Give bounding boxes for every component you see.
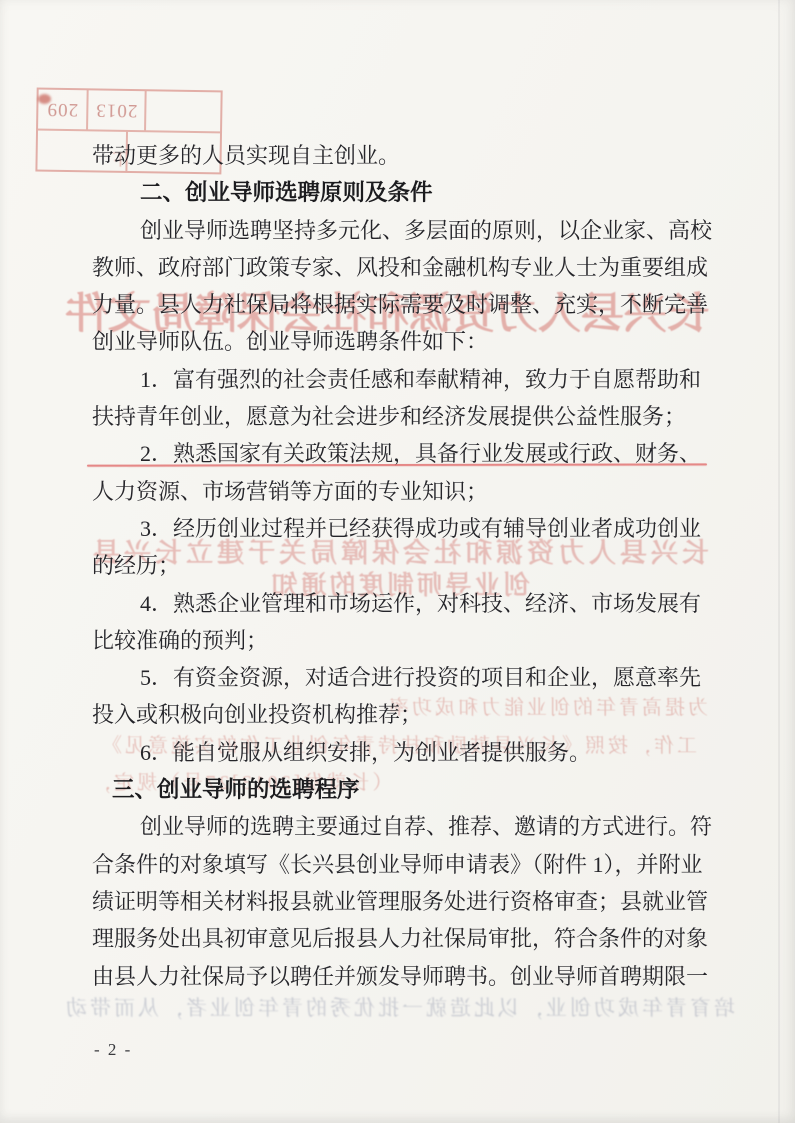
- document-text-block: 带动更多的人员实现自主创业。二、创业导师选聘原则及条件创业导师选聘坚持多元化、多…: [92, 137, 714, 995]
- text-line: 投入或积极向创业投资机构推荐；: [92, 696, 714, 733]
- stamp-ink-blot: [38, 94, 51, 104]
- section-heading: 二、创业导师选聘原则及条件: [92, 174, 714, 211]
- text-line: 力量。县人力社保局将根据实际需要及时调整、充实，不断完善: [92, 286, 714, 323]
- scan-edge-streak: [778, 0, 780, 1123]
- text-line: 合条件的对象填写《长兴县创业导师申请表》（附件 1），并附业: [92, 846, 714, 883]
- text-line: 扶持青年创业，愿意为社会进步和经济发展提供公益性服务；: [92, 398, 714, 435]
- text-line: 由县人力社保局予以聘任并颁发导师聘书。创业导师首聘期限一: [92, 958, 714, 995]
- text-line: 3．经历创业过程并已经获得成功或有辅导创业者成功创业: [92, 510, 714, 547]
- text-line: 创业导师选聘坚持多元化、多层面的原则，以企业家、高校: [92, 212, 714, 249]
- text-line: 人力资源、市场营销等方面的专业知识；: [92, 473, 714, 510]
- stamp-year: 2013: [86, 90, 145, 130]
- section-heading: 三、创业导师的选聘程序: [92, 771, 714, 808]
- text-line: 的经历；: [92, 547, 714, 584]
- text-line: 2．熟悉国家有关政策法规，具备行业发展或行政、财务、: [92, 435, 714, 472]
- stamp-row-numbers: 2013 209: [38, 90, 221, 134]
- text-line: 6．能自觉服从组织安排，为创业者提供服务。: [92, 734, 714, 771]
- bleed-through-footer-line: 培育青年成功创业，以此造就一批优秀的青年创业者，从而带动: [70, 995, 735, 1021]
- text-line: 绩证明等相关材料报县就业管理服务处进行资格审查；县就业管: [92, 883, 714, 920]
- scanned-document-page: 2013 209 上 长兴县人力资源和社会保障局文件 长兴县人力资源和社会保障局…: [0, 0, 795, 1123]
- text-line: 教师、政府部门政策专家、风投和金融机构专业人士为重要组成: [92, 249, 714, 286]
- text-line: 1．富有强烈的社会责任感和奉献精神，致力于自愿帮助和: [92, 361, 714, 398]
- text-line: 5．有资金资源，对适合进行投资的项目和企业，愿意率先: [92, 659, 714, 696]
- text-line: 理服务处出具初审意见后报县人力社保局审批，符合条件的对象: [92, 920, 714, 957]
- text-line: 4．熟悉企业管理和市场运作，对科技、经济、市场发展有: [92, 585, 714, 622]
- text-line: 创业导师的选聘主要通过自荐、推荐、邀请的方式进行。符: [92, 808, 714, 845]
- text-line: 带动更多的人员实现自主创业。: [92, 137, 714, 174]
- page-number: - 2 -: [94, 1040, 132, 1060]
- text-line: 创业导师队伍。创业导师选聘条件如下：: [92, 323, 714, 360]
- text-line: 比较准确的预判；: [92, 622, 714, 659]
- stamp-cell-empty: [144, 91, 221, 131]
